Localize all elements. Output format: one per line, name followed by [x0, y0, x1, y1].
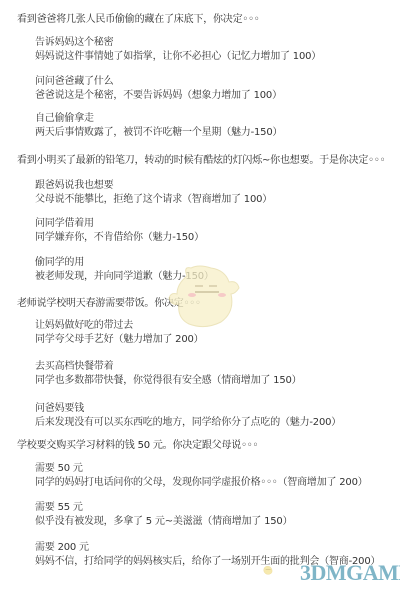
option-4-1: 需要 50 元 同学的妈妈打电话问你的父母，发现你同学虚报价格◦◦◦（智商增加了…	[35, 462, 368, 490]
option-result: 后来发现没有可以买东西吃的地方，同学给你分了点吃的（魅力-200）	[35, 416, 341, 430]
option-2-2: 问同学借着用 同学嫌弃你，不肯借给你（魅力-150）	[35, 217, 204, 245]
option-1-1: 告诉妈妈这个秘密 妈妈说这件事情她了如指掌，让你不必担心（记忆力增加了 100）	[35, 36, 321, 64]
option-result: 父母说不能攀比，拒绝了这个请求（智商增加了 100）	[35, 193, 272, 207]
option-1-3: 自己偷偷拿走 两天后事情败露了，被罚不许吃糖一个星期（魅力-150）	[35, 112, 282, 140]
question-2: 看到小明买了最新的铅笔刀，转动的时候有酷炫的灯闪烁~你也想要。于是你决定◦◦◦	[17, 154, 385, 167]
option-1-2: 问问爸爸藏了什么 爸爸说这是个秘密，不要告诉妈妈（想象力增加了 100）	[35, 75, 282, 103]
option-choice: 跟爸妈说我也想要	[35, 179, 272, 193]
choice-guide-document: 看到爸爸将几张人民币偷偷的藏在了床底下，你决定◦◦◦ 告诉妈妈这个秘密 妈妈说这…	[0, 0, 400, 592]
option-choice: 告诉妈妈这个秘密	[35, 36, 321, 50]
option-3-3: 问爸妈要钱 后来发现没有可以买东西吃的地方，同学给你分了点吃的（魅力-200）	[35, 402, 341, 430]
option-result: 同学嫌弃你，不肯借给你（魅力-150）	[35, 231, 204, 245]
option-choice: 问问爸爸藏了什么	[35, 75, 282, 89]
option-result: 妈妈说这件事情她了如指掌，让你不必担心（记忆力增加了 100）	[35, 50, 321, 64]
mascot-watermark-icon	[165, 262, 243, 330]
option-choice: 问爸妈要钱	[35, 402, 341, 416]
option-choice: 需要 200 元	[35, 541, 380, 555]
option-choice: 需要 50 元	[35, 462, 368, 476]
option-choice: 问同学借着用	[35, 217, 204, 231]
option-choice: 自己偷偷拿走	[35, 112, 282, 126]
option-result: 似乎没有被发现，多拿了 5 元~美滋滋（情商增加了 150）	[35, 515, 292, 529]
question-1: 看到爸爸将几张人民币偷偷的藏在了床底下，你决定◦◦◦	[17, 13, 260, 26]
watermark-text: 3DMGAME	[300, 560, 400, 586]
option-3-2: 去买高档快餐带着 同学也多数都带快餐，你觉得很有安全感（情商增加了 150）	[35, 360, 301, 388]
option-result: 两天后事情败露了，被罚不许吃糖一个星期（魅力-150）	[35, 126, 282, 140]
option-4-2: 需要 55 元 似乎没有被发现，多拿了 5 元~美滋滋（情商增加了 150）	[35, 501, 292, 529]
option-result: 同学夸父母手艺好（魅力增加了 200）	[35, 333, 203, 347]
option-result: 同学也多数都带快餐，你觉得很有安全感（情商增加了 150）	[35, 374, 301, 388]
question-4: 学校要交购买学习材料的钱 50 元。你决定跟父母说◦◦◦	[17, 439, 258, 452]
option-choice: 去买高档快餐带着	[35, 360, 301, 374]
option-2-1: 跟爸妈说我也想要 父母说不能攀比，拒绝了这个请求（智商增加了 100）	[35, 179, 272, 207]
brand-logo-icon	[262, 552, 302, 588]
option-result: 同学的妈妈打电话问你的父母，发现你同学虚报价格◦◦◦（智商增加了 200）	[35, 476, 368, 490]
option-result: 爸爸说这是个秘密，不要告诉妈妈（想象力增加了 100）	[35, 89, 282, 103]
option-choice: 需要 55 元	[35, 501, 292, 515]
